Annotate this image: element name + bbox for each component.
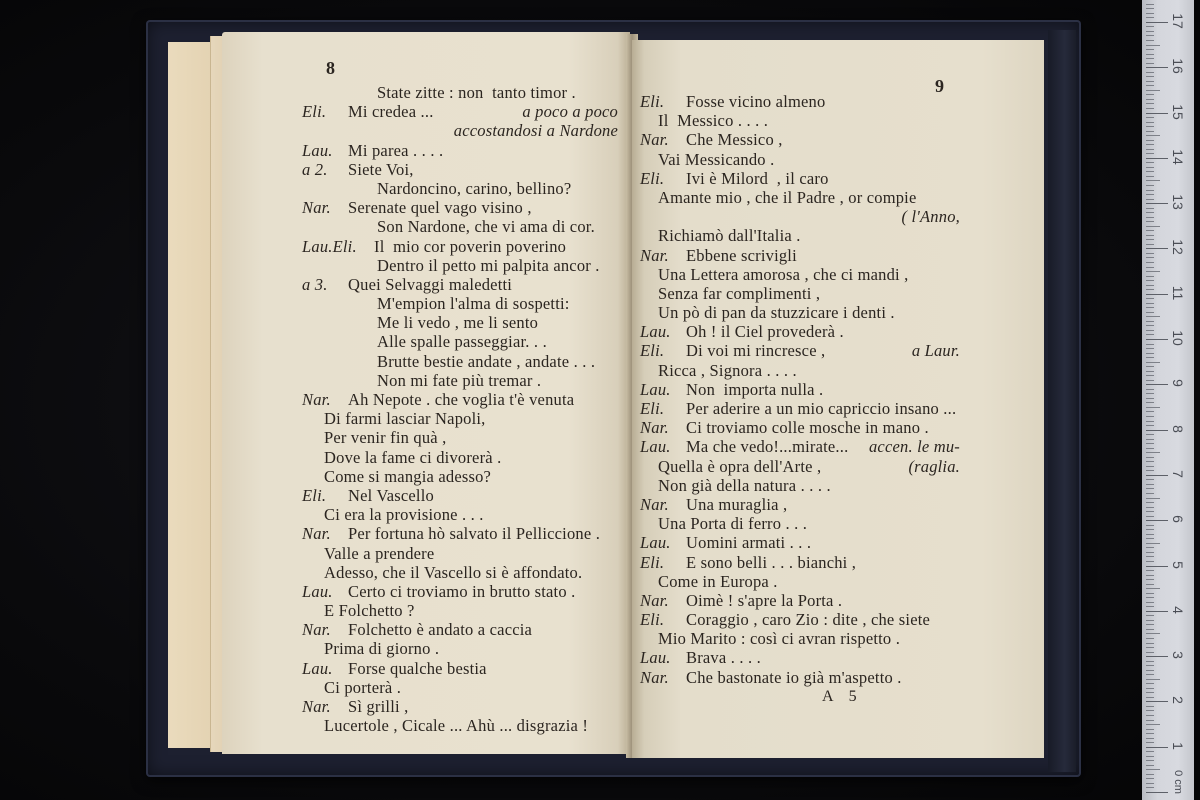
speaker-label: Lau. [640,437,671,456]
ruler-tick [1146,674,1154,675]
text-line: Di farmi lasciar Napoli, [302,409,618,428]
left-page-text: State zitte : non tanto timor .Eli.Mi cr… [302,83,618,735]
text-line: Ci era la provisione . . . [302,505,618,524]
speaker-label: Nar. [640,246,669,265]
ruler-tick [1146,710,1154,711]
verse-text: Nel Vascello [348,486,434,505]
ruler-tick [1146,122,1154,123]
verse-text: Coraggio , caro Zio : dite , che siete [686,610,930,629]
ruler-tick [1146,190,1154,191]
ruler-tick [1146,665,1154,666]
speaker-label: Lau. [302,582,333,601]
ruler-tick [1146,747,1168,748]
ruler-tick [1146,606,1154,607]
text-line: Lau.Mi parea . . . . [302,141,618,160]
text-line: Mio Marito : così ci avran rispetto . [640,629,960,648]
text-line: Adesso, che il Vascello si è affondato. [302,563,618,582]
stage-direction: accen. le mu- [869,437,960,456]
ruler-tick [1146,334,1154,335]
verse-text: Una Porta di ferro . . . [658,514,807,533]
ruler-tick [1146,131,1154,132]
ruler-tick [1146,253,1154,254]
text-line: Non già della natura . . . . [640,476,960,495]
folio-left: 8 [326,58,335,79]
ruler-tick [1146,126,1154,127]
ruler-tick [1146,375,1154,376]
ruler-tick [1146,633,1160,634]
text-line: Nar.Serenate quel vago visino , [302,198,618,217]
text-line: Son Nardone, che vi ama di cor. [302,217,618,236]
ruler-tick [1146,629,1154,630]
ruler-tick [1146,488,1154,489]
stage-direction: ( l'Anno, [902,207,961,226]
ruler-tick [1146,439,1154,440]
ruler-tick [1146,45,1160,46]
ruler-tick [1146,597,1154,598]
ruler-tick [1146,244,1154,245]
speaker-label: Eli. [640,610,664,629]
ruler-tick [1146,538,1154,539]
ruler-tick [1146,407,1160,408]
verse-text: Dentro il petto mi palpita ancor . [377,256,600,275]
speaker-label: Lau. [640,322,671,341]
ruler-tick [1146,267,1154,268]
verse-text: Ci troviamo colle mosche in mano . [686,418,929,437]
verse-text: Mi credea ... [348,102,434,121]
verse-text: Non importa nulla . [686,380,823,399]
verse-text: Che bastonate io già m'aspetto . [686,668,902,687]
ruler-tick [1146,638,1154,639]
text-line: Amante mio , che il Padre , or compie [640,188,960,207]
text-line: Eli.E sono belli . . . bianchi , [640,553,960,572]
text-line: State zitte : non tanto timor . [302,83,618,102]
verse-text: Fosse vicino almeno [686,92,825,111]
text-line: a 2.Siete Voi, [302,160,618,179]
ruler-tick [1146,520,1168,521]
speaker-label: Lau. [640,380,671,399]
text-line: Nar.Folchetto è andato a caccia [302,620,618,639]
verse-text: Adesso, che il Vascello si è affondato. [324,563,582,582]
ruler-tick [1146,262,1154,263]
ruler-tick [1146,353,1154,354]
text-line: Per venir fin quà , [302,428,618,447]
ruler-tick [1146,493,1154,494]
ruler-tick [1146,566,1168,567]
ruler-tick [1146,380,1154,381]
verse-text: Sì grilli , [348,697,408,716]
right-page: 9 Eli.Fosse vicino almenoIl Messico . . … [632,40,1044,758]
ruler-tick [1146,285,1154,286]
ruler-tick [1146,556,1154,557]
ruler-tick [1146,4,1154,5]
ruler-tick [1146,452,1160,453]
book-cover-right-edge [1048,30,1076,772]
ruler-tick [1146,498,1160,499]
speaker-label: Nar. [640,495,669,514]
ruler-tick [1146,584,1154,585]
verse-text: Ma che vedo!...mirate... [686,437,848,456]
ruler-number: 6 [1170,507,1186,531]
verse-text: Non mi fate più tremar . [377,371,541,390]
ruler-tick [1146,398,1154,399]
ruler-tick [1146,461,1154,462]
ruler-tick [1146,402,1154,403]
verse-text: Forse qualche bestia [348,659,487,678]
speaker-label: Eli. [640,341,664,360]
ruler-tick [1146,171,1154,172]
ruler-tick [1146,176,1154,177]
ruler-number: 14 [1170,145,1186,169]
verse-text: Un pò di pan da stuzzicare i denti . [658,303,895,322]
ruler-tick [1146,307,1154,308]
ruler-tick [1146,8,1154,9]
ruler-tick [1146,479,1154,480]
text-line: Nar.Una muraglia , [640,495,960,514]
ruler-tick [1146,117,1154,118]
ruler-tick [1146,99,1154,100]
ruler-tick [1146,742,1154,743]
ruler-tick [1146,144,1154,145]
text-line: accostandosi a Nardone [302,121,618,140]
verse-text: Vai Messicando . [658,150,774,169]
verse-text: Uomini armati . . . [686,533,811,552]
text-line: Nardoncino, carino, bellino? [302,179,618,198]
ruler-tick [1146,706,1154,707]
ruler-tick [1146,221,1154,222]
ruler-tick [1146,366,1154,367]
ruler-tick [1146,316,1160,317]
ruler-tick [1146,470,1154,471]
ruler-tick [1146,434,1154,435]
text-line: Eli.Di voi mi rincresce ,a Laur. [640,341,960,360]
ruler-tick [1146,615,1154,616]
verse-text: Serenate quel vago visino , [348,198,532,217]
ruler-number: 5 [1170,553,1186,577]
text-line: Ci porterà . [302,678,618,697]
ruler-tick [1146,765,1154,766]
ruler-tick [1146,135,1160,136]
verse-text: Oh ! il Ciel provederà . [686,322,844,341]
ruler-number: 16 [1170,54,1186,78]
ruler-tick [1146,344,1154,345]
ruler-tick [1146,54,1154,55]
text-line: M'empion l'alma di sospetti: [302,294,618,313]
ruler-number: 11 [1170,281,1186,305]
verse-text: Alle spalle passeggiar. . . [377,332,547,351]
verse-text: Senza far complimenti , [658,284,820,303]
text-line: Eli.Ivi è Milord , il caro [640,169,960,188]
speaker-label: Nar. [640,591,669,610]
ruler-tick [1146,362,1160,363]
ruler-tick [1146,643,1154,644]
ruler-tick [1146,72,1154,73]
stage-direction: a poco a poco [522,102,618,121]
ruler-tick [1146,697,1154,698]
ruler-tick [1146,733,1154,734]
verse-text: E Folchetto ? [324,601,415,620]
ruler-unit-label: 0 cm [1172,770,1184,794]
verse-text: Folchetto è andato a caccia [348,620,532,639]
text-line: Una Lettera amorosa , che ci mandi , [640,265,960,284]
text-line: Eli.Nel Vascello [302,486,618,505]
verse-text: Ebbene scrivigli [686,246,797,265]
ruler-tick [1146,22,1168,23]
ruler-tick [1146,525,1154,526]
ruler-number: 3 [1170,643,1186,667]
text-line: Nar.Ebbene scrivigli [640,246,960,265]
ruler-number: 2 [1170,688,1186,712]
ruler-tick [1146,507,1154,508]
ruler-tick [1146,312,1154,313]
verse-text: Non già della natura . . . . [658,476,831,495]
ruler-tick [1146,357,1154,358]
ruler-tick [1146,552,1154,553]
text-line: Dove la fame ci divorerà . [302,448,618,467]
verse-text: Me li vedo , me li sento [377,313,538,332]
text-line: Eli.Fosse vicino almeno [640,92,960,111]
text-line: Lau.Non importa nulla . [640,380,960,399]
verse-text: Il mio cor poverin poverino [374,237,566,256]
speaker-label: Lau. [302,141,333,160]
verse-text: Quei Selvaggi maledetti [348,275,512,294]
ruler-tick [1146,502,1154,503]
ruler-tick [1146,257,1154,258]
ruler-number: 12 [1170,235,1186,259]
ruler-tick [1146,330,1154,331]
ruler-tick [1146,738,1154,739]
ruler-tick [1146,430,1168,431]
ruler-tick [1146,529,1154,530]
ruler-tick [1146,63,1154,64]
ruler-tick [1146,167,1154,168]
ruler-number: 15 [1170,100,1186,124]
speaker-label: Lau. [640,648,671,667]
ruler-tick [1146,13,1154,14]
text-line: Nar.Oimè ! s'apre la Porta . [640,591,960,610]
ruler-tick [1146,701,1168,702]
verse-text: Dove la fame ci divorerà . [324,448,501,467]
ruler-tick [1146,511,1154,512]
verse-text: Valle a prendere [324,544,434,563]
verse-text: Lucertole , Cicale ... Ahù ... disgrazia… [324,716,588,735]
ruler-tick [1146,26,1154,27]
ruler-tick [1146,411,1154,412]
ruler-tick [1146,90,1160,91]
text-line: Una Porta di ferro . . . [640,514,960,533]
ruler-tick [1146,199,1154,200]
text-line: Lucertole , Cicale ... Ahù ... disgrazia… [302,716,618,735]
ruler-tick [1146,774,1154,775]
text-line: Lau.Brava . . . . [640,648,960,667]
verse-text: Di farmi lasciar Napoli, [324,409,486,428]
ruler-number: 8 [1170,417,1186,441]
ruler-tick [1146,611,1168,612]
speaker-label: Eli. [302,486,326,505]
ruler-tick [1146,670,1154,671]
ruler-tick [1146,17,1154,18]
ruler-tick [1146,149,1154,150]
ruler-tick [1146,94,1154,95]
ruler-tick [1146,389,1154,390]
verse-text: Brava . . . . [686,648,761,667]
ruler-tick [1146,217,1154,218]
ruler-number: 17 [1170,9,1186,33]
ruler-tick [1146,624,1154,625]
verse-text: Come si mangia adesso? [324,467,491,486]
ruler-tick [1146,561,1154,562]
ruler-tick [1146,475,1168,476]
text-line: Senza far complimenti , [640,284,960,303]
text-line: Lau.Certo ci troviamo in brutto stato . [302,582,618,601]
verse-text: Brutte bestie andate , andate . . . [377,352,595,371]
verse-text: Ah Nepote . che voglia t'è venuta [348,390,574,409]
ruler-tick [1146,620,1154,621]
ruler-tick [1146,792,1168,793]
text-line: ( l'Anno, [640,207,960,226]
verse-text: Per aderire a un mio capriccio insano ..… [686,399,956,418]
verse-text: Ivi è Milord , il caro [686,169,829,188]
speaker-label: Nar. [640,130,669,149]
ruler-tick [1146,570,1154,571]
text-line: a 3.Quei Selvaggi maledetti [302,275,618,294]
verse-text: Il Messico . . . . [658,111,768,130]
ruler-tick [1146,425,1154,426]
verse-text: Una muraglia , [686,495,787,514]
ruler-tick [1146,371,1154,372]
ruler-tick [1146,348,1154,349]
ruler-tick [1146,679,1160,680]
ruler-tick [1146,602,1154,603]
verse-text: Nardoncino, carino, bellino? [377,179,571,198]
ruler-tick [1146,778,1154,779]
speaker-label: Nar. [302,390,331,409]
ruler-tick [1146,226,1160,227]
verse-text: Mi parea . . . . [348,141,443,160]
speaker-label: Eli. [640,553,664,572]
ruler-tick [1146,724,1160,725]
text-line: Me li vedo , me li sento [302,313,618,332]
ruler-tick [1146,212,1154,213]
ruler-tick [1146,647,1154,648]
speaker-label: a 2. [302,160,328,179]
text-line: Lau.Ma che vedo!...mirate...accen. le mu… [640,437,960,456]
text-line: Nar.Che Messico , [640,130,960,149]
verse-text: Siete Voi, [348,160,414,179]
ruler-tick [1146,593,1154,594]
ruler-tick [1146,416,1154,417]
ruler-tick [1146,31,1154,32]
verse-text: Una Lettera amorosa , che ci mandi , [658,265,908,284]
verse-text: Ci era la provisione . . . [324,505,484,524]
text-line: Non mi fate più tremar . [302,371,618,390]
text-line: Ricca , Signora . . . . [640,361,960,380]
text-line: Nar.Che bastonate io già m'aspetto . [640,668,960,687]
verse-text: Mio Marito : così ci avran rispetto . [658,629,900,648]
ruler-tick [1146,484,1154,485]
ruler-tick [1146,180,1160,181]
ruler-tick [1146,729,1154,730]
verse-text: E sono belli . . . bianchi , [686,553,856,572]
ruler-number: 4 [1170,598,1186,622]
ruler-tick [1146,203,1168,204]
text-line: Lau.Forse qualche bestia [302,659,618,678]
verse-text: Quella è opra dell'Arte , [658,457,821,476]
text-line: Eli.Per aderire a un mio capriccio insan… [640,399,960,418]
speaker-label: Eli. [640,169,664,188]
stage-direction: accostandosi a Nardone [454,121,618,140]
verse-text: Oimè ! s'apre la Porta . [686,591,842,610]
verse-text: Che Messico , [686,130,783,149]
ruler-tick [1146,271,1160,272]
ruler-tick [1146,208,1154,209]
verse-text: Prima di giorno . [324,639,439,658]
ruler-tick [1146,760,1154,761]
verse-text: Son Nardone, che vi ama di cor. [377,217,595,236]
verse-text: Ricca , Signora . . . . [658,361,797,380]
verse-text: Per venir fin quà , [324,428,446,447]
ruler-tick [1146,153,1154,154]
ruler-tick [1146,321,1154,322]
ruler-tick [1146,466,1154,467]
ruler-tick [1146,715,1154,716]
ruler-tick [1146,543,1160,544]
ruler-tick [1146,113,1168,114]
text-line: Nar.Ah Nepote . che voglia t'è venuta [302,390,618,409]
speaker-label: a 3. [302,275,328,294]
speaker-label: Nar. [640,418,669,437]
ruler-tick [1146,58,1154,59]
text-line: Nar.Per fortuna hò salvato il Pelliccion… [302,524,618,543]
right-page-text: Eli.Fosse vicino almenoIl Messico . . . … [640,92,960,687]
speaker-label: Eli. [640,92,664,111]
text-line: Brutte bestie andate , andate . . . [302,352,618,371]
ruler-tick [1146,108,1154,109]
ruler-tick [1146,76,1154,77]
verse-text: Ci porterà . [324,678,401,697]
signature-mark: A 5 [822,688,863,706]
ruler-tick [1146,516,1154,517]
ruler-tick [1146,588,1160,589]
ruler-tick [1146,276,1154,277]
text-line: Valle a prendere [302,544,618,563]
ruler-tick [1146,787,1154,788]
ruler-tick [1146,448,1154,449]
speaker-label: Lau. [640,533,671,552]
text-line: Alle spalle passeggiar. . . [302,332,618,351]
verse-text: Richiamò dall'Italia . [658,226,801,245]
ruler-tick [1146,652,1154,653]
left-page: 8 State zitte : non tanto timor .Eli.Mi … [222,32,630,754]
ruler-tick [1146,325,1154,326]
ruler-tick [1146,248,1168,249]
ruler-number: 9 [1170,371,1186,395]
text-line: Come in Europa . [640,572,960,591]
ruler-tick [1146,547,1154,548]
text-line: Lau.Uomini armati . . . [640,533,960,552]
text-line: Nar.Ci troviamo colle mosche in mano . [640,418,960,437]
ruler-tick [1146,303,1154,304]
ruler-tick [1146,421,1154,422]
ruler-tick [1146,185,1154,186]
ruler-tick [1146,67,1168,68]
text-line: Eli.Coraggio , caro Zio : dite , che sie… [640,610,960,629]
ruler-tick [1146,769,1160,770]
verse-text: Amante mio , che il Padre , or compie [658,188,917,207]
ruler-tick [1146,534,1154,535]
ruler-number: 13 [1170,190,1186,214]
ruler-tick [1146,140,1154,141]
text-line: Richiamò dall'Italia . [640,226,960,245]
